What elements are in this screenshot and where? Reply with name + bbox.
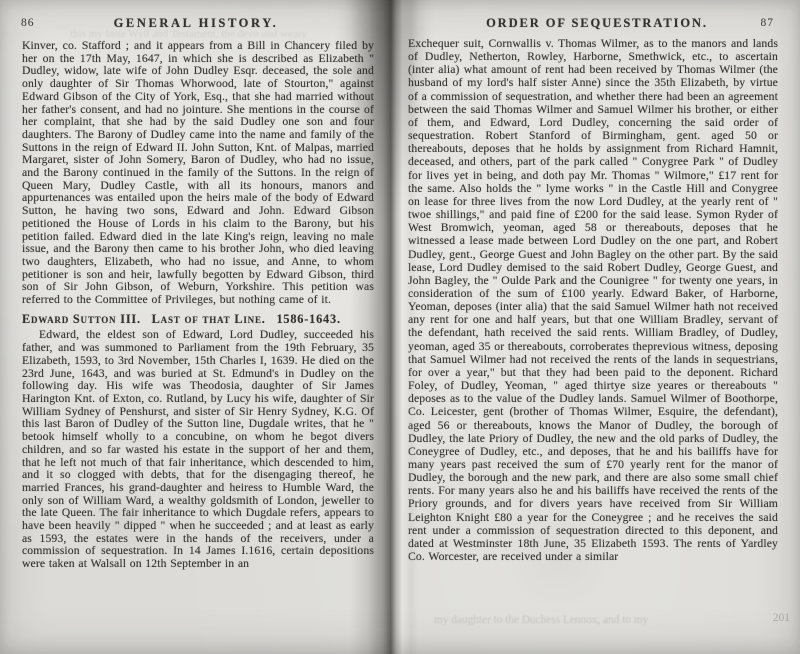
- bleedthrough-text-bottom: my daughter to the Duchess Lennox, and t…: [434, 614, 764, 626]
- left-paragraph-continuation: Kinver, co. Stafford ; and it appears fr…: [22, 40, 374, 307]
- right-paragraph-continuation: Exchequer suit, Cornwallis v. Thomas Wil…: [408, 37, 778, 563]
- right-page: 87 ORDER OF SEQUESTRATION. Exchequer sui…: [394, 0, 800, 654]
- section-heading-edward-sutton: Edward Sutton III. Last of that Line. 15…: [22, 313, 374, 326]
- left-page-text-block: Kinver, co. Stafford ; and it appears fr…: [22, 40, 374, 571]
- right-running-title: ORDER OF SEQUESTRATION.: [394, 16, 800, 31]
- left-paragraph-edward-sutton: Edward, the eldest son of Edward, Lord D…: [22, 329, 374, 570]
- right-page-text-block: Exchequer suit, Cornwallis v. Thomas Wil…: [408, 37, 778, 563]
- bleedthrough-page-number: 201: [773, 612, 790, 624]
- left-running-title: GENERAL HISTORY.: [0, 16, 392, 31]
- book-scan: 86 GENERAL HISTORY. this my laste Wyll a…: [0, 0, 800, 654]
- left-page: 86 GENERAL HISTORY. this my laste Wyll a…: [0, 0, 392, 654]
